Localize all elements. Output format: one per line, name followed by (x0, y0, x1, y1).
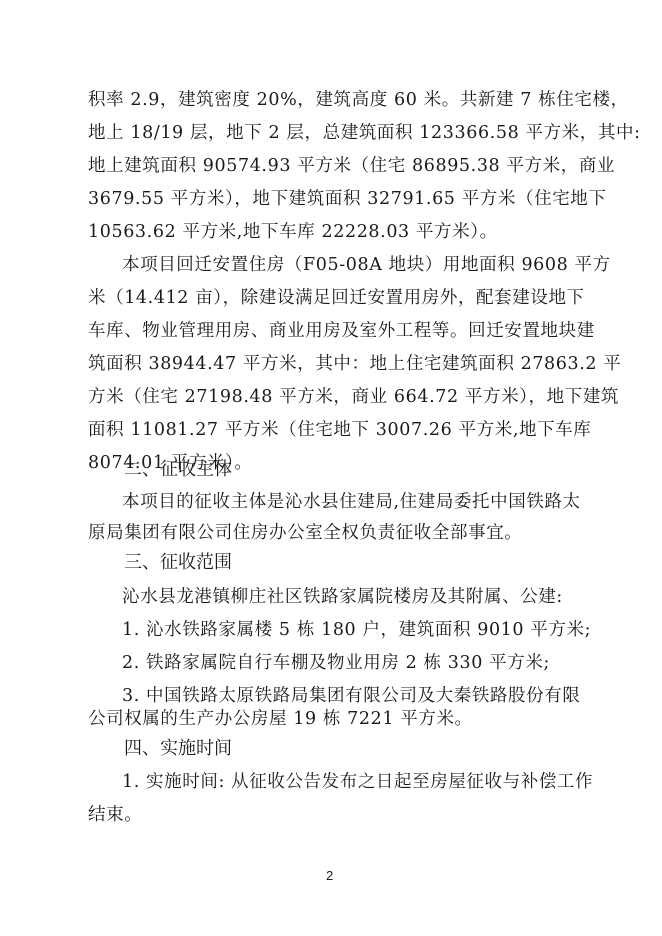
paragraph-line: 1. 实施时间: 从征收公告发布之日起至房屋征收与补偿工作 (122, 771, 622, 793)
list-item: 3. 中国铁路太原铁路局集团有限公司及大秦铁路股份有限 (122, 685, 622, 707)
paragraph-line: 车库、物业管理用房、商业用房及室外工程等。回迁安置地块建 (88, 320, 588, 342)
paragraph-line: 米（14.412 亩），除建设满足回迁安置用房外，配套建设地下 (88, 287, 588, 309)
paragraph-line: 筑面积 38944.47 平方米，其中：地上住宅建筑面积 27863.2 平 (88, 353, 588, 375)
section-heading-4: 四、实施时间 (124, 738, 232, 760)
paragraph-line: 积率 2.9，建筑密度 20%，建筑高度 60 米。共新建 7 栋住宅楼， (88, 89, 588, 111)
paragraph-line: 地上建筑面积 90574.93 平方米（住宅 86895.38 平方米，商业 (88, 155, 588, 177)
list-item: 2. 铁路家属院自行车棚及物业用房 2 栋 330 平方米; (122, 652, 622, 674)
paragraph-line: 方米（住宅 27198.48 平方米，商业 664.72 平方米），地下建筑 (88, 386, 588, 408)
paragraph-line: 地上 18/19 层，地下 2 层，总建筑面积 123366.58 平方米，其中… (88, 122, 588, 144)
section-heading-2: 二、征收主体 (124, 459, 232, 481)
paragraph-line: 面积 11081.27 平方米（住宅地下 3007.26 平方米,地下车库 (88, 419, 588, 441)
page-number: 2 (326, 868, 333, 883)
paragraph-line: 结束。 (88, 804, 588, 826)
paragraph-line: 原局集团有限公司住房办公室全权负责征收全部事宜。 (88, 522, 588, 544)
paragraph-line: 3679.55 平方米），地下建筑面积 32791.65 平方米（住宅地下 (88, 188, 588, 210)
paragraph-line: 本项目回迁安置住房（F05-08A 地块）用地面积 9608 平方 (122, 254, 622, 276)
section-heading-3: 三、征收范围 (124, 552, 232, 574)
document-page: 积率 2.9，建筑密度 20%，建筑高度 60 米。共新建 7 栋住宅楼， 地上… (0, 0, 662, 936)
paragraph-line: 沁水县龙港镇柳庄社区铁路家属院楼房及其附属、公建: (122, 586, 622, 608)
list-item: 1. 沁水铁路家属楼 5 栋 180 户，建筑面积 9010 平方米; (122, 619, 622, 641)
paragraph-line: 10563.62 平方米,地下车库 22228.03 平方米）。 (88, 221, 588, 243)
paragraph-line: 本项目的征收主体是沁水县住建局,住建局委托中国铁路太 (122, 491, 622, 513)
paragraph-line: 公司权属的生产办公房屋 19 栋 7221 平方米。 (88, 708, 588, 730)
